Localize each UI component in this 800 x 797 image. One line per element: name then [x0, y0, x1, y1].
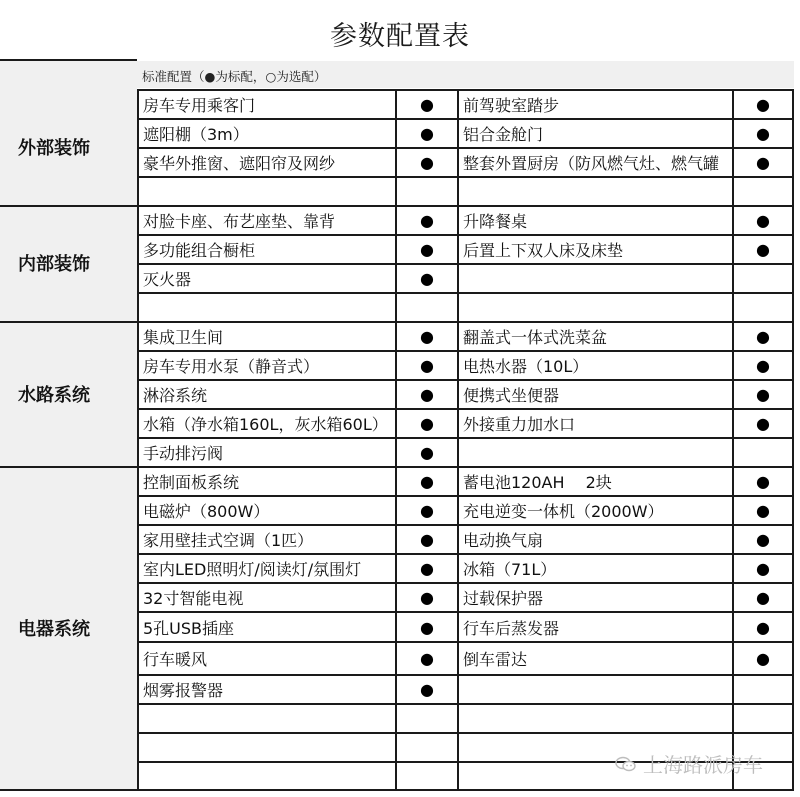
- item-name: [457, 292, 732, 321]
- standard-mark: ●: [395, 321, 457, 350]
- standard-mark: ●: [732, 495, 794, 524]
- table-row: 水箱（净水箱160L，灰水箱60L）●外接重力加水口●: [137, 408, 794, 437]
- standard-mark: ●: [395, 437, 457, 466]
- standard-mark: ●: [732, 582, 794, 611]
- table-row: 电磁炉（800W）●充电逆变一体机（2000W）●: [137, 495, 794, 524]
- table-row: 房车专用乘客门●前驾驶室踏步●: [137, 89, 794, 118]
- item-name: 后置上下双人床及床垫: [457, 234, 732, 263]
- item-name: 翻盖式一体式洗菜盆: [457, 321, 732, 350]
- table-row: 室内LED照明灯/阅读灯/氛围灯●冰箱（71L）●: [137, 553, 794, 582]
- item-name: [457, 263, 732, 292]
- bottom-divider: [0, 789, 794, 791]
- standard-mark: [732, 674, 794, 703]
- category-divider: [0, 466, 137, 468]
- page-title: 参数配置表: [0, 14, 800, 53]
- table-row: 家用壁挂式空调（1匹）●电动换气扇●: [137, 524, 794, 553]
- standard-mark: [395, 761, 457, 790]
- item-name: 集成卫生间: [137, 321, 395, 350]
- standard-mark: ●: [732, 350, 794, 379]
- standard-mark: ●: [395, 553, 457, 582]
- category-label: 外部装饰: [18, 134, 90, 160]
- standard-mark: [732, 292, 794, 321]
- table-row: 多功能组合橱柜●后置上下双人床及床垫●: [137, 234, 794, 263]
- item-name: 前驾驶室踏步: [457, 89, 732, 118]
- table-row: 行车暖风●倒车雷达●: [137, 641, 794, 674]
- item-name: 升降餐桌: [457, 205, 732, 234]
- item-name: 水箱（净水箱160L，灰水箱60L）: [137, 408, 395, 437]
- table-row: 集成卫生间●翻盖式一体式洗菜盆●: [137, 321, 794, 350]
- item-name: 外接重力加水口: [457, 408, 732, 437]
- standard-mark: ●: [395, 350, 457, 379]
- table-row: [137, 176, 794, 205]
- standard-mark: [732, 176, 794, 205]
- item-name: [137, 292, 395, 321]
- item-name: 淋浴系统: [137, 379, 395, 408]
- item-name: [137, 176, 395, 205]
- item-name: 蓄电池120AH 2块: [457, 466, 732, 495]
- standard-mark: ●: [395, 379, 457, 408]
- category-label: 内部装饰: [18, 250, 90, 276]
- item-name: 行车暖风: [137, 641, 395, 674]
- item-name: 灭火器: [137, 263, 395, 292]
- category-label: 水路系统: [18, 381, 90, 407]
- table-row: 豪华外推窗、遮阳帘及网纱●整套外置厨房（防风燃气灶、燃气罐●: [137, 147, 794, 176]
- item-name: 充电逆变一体机（2000W）: [457, 495, 732, 524]
- item-name: 倒车雷达: [457, 641, 732, 674]
- item-name: 室内LED照明灯/阅读灯/氛围灯: [137, 553, 395, 582]
- item-name: 烟雾报警器: [137, 674, 395, 703]
- standard-mark: ●: [732, 147, 794, 176]
- table-row: 控制面板系统●蓄电池120AH 2块●: [137, 466, 794, 495]
- item-name: [457, 437, 732, 466]
- table-row: 烟雾报警器●: [137, 674, 794, 703]
- standard-mark: [395, 732, 457, 761]
- standard-mark: ●: [395, 147, 457, 176]
- watermark-text: 上海路派房车: [643, 749, 763, 778]
- item-name: 32寸智能电视: [137, 582, 395, 611]
- item-name: 便携式坐便器: [457, 379, 732, 408]
- standard-mark: ●: [395, 466, 457, 495]
- table-row: 32寸智能电视●过载保护器●: [137, 582, 794, 611]
- standard-mark: ●: [732, 524, 794, 553]
- standard-mark: [395, 292, 457, 321]
- item-name: 电动换气扇: [457, 524, 732, 553]
- standard-mark: ●: [395, 205, 457, 234]
- standard-mark: ●: [395, 408, 457, 437]
- item-name: 控制面板系统: [137, 466, 395, 495]
- category-divider: [0, 321, 137, 323]
- standard-mark: ●: [732, 89, 794, 118]
- wechat-icon: [615, 756, 637, 772]
- table-row: 手动排污阀●: [137, 437, 794, 466]
- standard-mark: ●: [732, 408, 794, 437]
- standard-mark: ●: [395, 89, 457, 118]
- item-name: 整套外置厨房（防风燃气灶、燃气罐: [457, 147, 732, 176]
- standard-mark: ●: [395, 118, 457, 147]
- watermark: 上海路派房车: [615, 749, 763, 778]
- item-name: [457, 176, 732, 205]
- standard-mark: [732, 437, 794, 466]
- item-name: 电热水器（10L）: [457, 350, 732, 379]
- category-2: 内部装饰: [0, 205, 137, 321]
- standard-mark: ●: [732, 321, 794, 350]
- standard-mark: ●: [732, 234, 794, 263]
- item-name: 5孔USB插座: [137, 611, 395, 641]
- standard-mark: ●: [732, 641, 794, 674]
- item-name: 豪华外推窗、遮阳帘及网纱: [137, 147, 395, 176]
- item-name: 房车专用乘客门: [137, 89, 395, 118]
- standard-mark: [732, 703, 794, 732]
- item-name: 家用壁挂式空调（1匹）: [137, 524, 395, 553]
- standard-mark: ●: [732, 466, 794, 495]
- item-name: 遮阳棚（3m）: [137, 118, 395, 147]
- standard-mark: ●: [395, 582, 457, 611]
- standard-mark: ●: [395, 641, 457, 674]
- category-1: 外部装饰: [0, 89, 137, 205]
- category-3: 水路系统: [0, 321, 137, 466]
- standard-mark: [395, 176, 457, 205]
- standard-mark: ●: [395, 524, 457, 553]
- item-name: [137, 732, 395, 761]
- item-name: 行车后蒸发器: [457, 611, 732, 641]
- standard-mark: ●: [732, 611, 794, 641]
- item-name: 手动排污阀: [137, 437, 395, 466]
- standard-mark: ●: [732, 118, 794, 147]
- standard-mark: ●: [395, 674, 457, 703]
- item-name: [137, 761, 395, 790]
- table-row: [137, 703, 794, 732]
- item-name: 电磁炉（800W）: [137, 495, 395, 524]
- table-row: 5孔USB插座●行车后蒸发器●: [137, 611, 794, 641]
- item-name: 过载保护器: [457, 582, 732, 611]
- legend-text: 标准配置（●为标配，○为选配）: [142, 67, 326, 85]
- standard-mark: ●: [395, 263, 457, 292]
- table-row: 淋浴系统●便携式坐便器●: [137, 379, 794, 408]
- standard-mark: ●: [395, 234, 457, 263]
- category-label: 电器系统: [18, 615, 90, 641]
- item-name: [457, 703, 732, 732]
- standard-mark: ●: [395, 495, 457, 524]
- table-row: 灭火器●: [137, 263, 794, 292]
- standard-mark: [732, 263, 794, 292]
- table-row: 房车专用水泵（静音式）●电热水器（10L）●: [137, 350, 794, 379]
- category-divider: [0, 205, 137, 207]
- item-name: 房车专用水泵（静音式）: [137, 350, 395, 379]
- table-row: 对脸卡座、布艺座垫、靠背●升降餐桌●: [137, 205, 794, 234]
- item-name: [137, 703, 395, 732]
- standard-mark: ●: [732, 553, 794, 582]
- standard-mark: [395, 703, 457, 732]
- standard-mark: ●: [732, 205, 794, 234]
- standard-mark: ●: [395, 611, 457, 641]
- standard-mark: ●: [732, 379, 794, 408]
- item-name: 对脸卡座、布艺座垫、靠背: [137, 205, 395, 234]
- item-name: 铝合金舱门: [457, 118, 732, 147]
- item-name: [457, 674, 732, 703]
- item-name: 冰箱（71L）: [457, 553, 732, 582]
- table-row: 遮阳棚（3m）●铝合金舱门●: [137, 118, 794, 147]
- table-row: [137, 292, 794, 321]
- category-4: 电器系统: [0, 466, 137, 790]
- item-name: 多功能组合橱柜: [137, 234, 395, 263]
